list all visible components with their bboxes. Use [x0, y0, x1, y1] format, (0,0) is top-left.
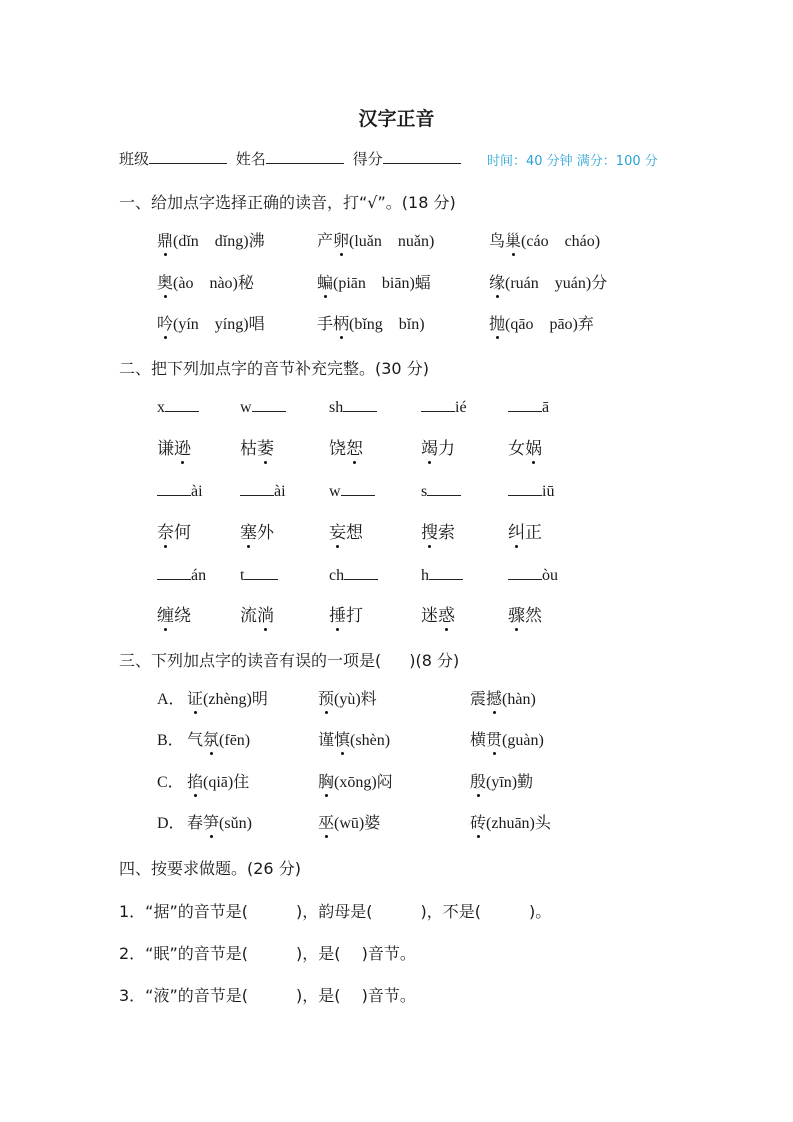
- word: 捶打: [329, 601, 363, 626]
- pinyin-options[interactable]: (luǎn nuǎn): [349, 233, 434, 250]
- word-char: 明: [252, 689, 268, 708]
- section1-heading: 一、给加点字选择正确的读音，打“√”。(18 分): [119, 190, 456, 213]
- word-char: 迷: [421, 606, 438, 626]
- section3-heading-post: )(8 分): [409, 651, 459, 670]
- syllable-blank[interactable]: ài: [240, 482, 286, 501]
- name-label: 姓名: [236, 150, 266, 168]
- dotted-char: 奈: [157, 518, 174, 543]
- word-char: 谦: [157, 439, 174, 459]
- pinyin-options[interactable]: (bǐng bǐn): [349, 316, 425, 333]
- pinyin: (shèn): [350, 732, 390, 749]
- word-char: 蝠: [415, 273, 431, 292]
- dotted-char: 贯: [486, 727, 502, 750]
- pinyin: (wū): [334, 815, 364, 832]
- syllable-blank[interactable]: òu: [508, 566, 558, 585]
- dotted-char: 卵: [333, 228, 349, 251]
- word-char: 想: [346, 523, 363, 543]
- syllable-blank[interactable]: ài: [157, 482, 203, 501]
- word-char: 分: [591, 273, 607, 292]
- dotted-char: 捶: [329, 601, 346, 626]
- choice-item: 产卵(luǎn nuǎn): [317, 228, 434, 251]
- dotted-char: 殷: [470, 769, 486, 792]
- dotted-char: 塞: [240, 518, 257, 543]
- dotted-char: 鼎: [157, 228, 173, 251]
- word-char: 婆: [364, 813, 380, 832]
- word-char: 产: [317, 231, 333, 250]
- syllable-initial: w: [240, 399, 252, 416]
- word-char: 索: [438, 523, 455, 543]
- option-word: 震撼(hàn): [470, 686, 536, 709]
- dotted-char: 萎: [257, 434, 274, 459]
- word-char: 横: [470, 730, 486, 749]
- option-word: 谨慎(shèn): [318, 727, 390, 750]
- dotted-char: 竭: [421, 434, 438, 459]
- dotted-char: 恕: [346, 434, 363, 459]
- pinyin-options[interactable]: (dǐn dǐng): [173, 233, 249, 250]
- fill-line[interactable]: [427, 482, 461, 496]
- word: 谦逊: [157, 434, 191, 459]
- question-2: 2．“眠”的音节是( )，是( )音节。: [119, 941, 416, 964]
- word-char: 手: [317, 314, 333, 333]
- dotted-char: 抛: [489, 311, 505, 334]
- fill-line[interactable]: [244, 566, 278, 580]
- word-char: 勤: [517, 772, 533, 791]
- syllable-final: iū: [542, 483, 554, 500]
- word-char: 头: [535, 813, 551, 832]
- fill-line[interactable]: [508, 398, 542, 412]
- option-word: 砖(zhuān)头: [470, 810, 551, 833]
- word-char: 枯: [240, 439, 257, 459]
- word: 骤然: [508, 601, 542, 626]
- pinyin: (fēn): [219, 732, 250, 749]
- pinyin: (qiā): [203, 774, 233, 791]
- student-info-line: 班级 姓名 得分: [119, 148, 461, 169]
- dotted-char: 逊: [174, 434, 191, 459]
- choice-item: 手柄(bǐng bǐn): [317, 311, 425, 334]
- dotted-char: 惑: [438, 601, 455, 626]
- syllable-final: òu: [542, 567, 558, 584]
- pinyin-options[interactable]: (ruán yuán): [505, 275, 591, 292]
- dotted-char: 搜: [421, 518, 438, 543]
- word: 枯萎: [240, 434, 274, 459]
- dotted-char: 骤: [508, 601, 525, 626]
- syllable-initial: x: [157, 399, 165, 416]
- choice-item: 鼎(dǐn dǐng)沸: [157, 228, 265, 251]
- option-label[interactable]: A．: [157, 686, 185, 709]
- fill-line[interactable]: [508, 482, 542, 496]
- syllable-final: ài: [274, 483, 286, 500]
- syllable-blank[interactable]: w: [240, 398, 286, 417]
- word: 奈何: [157, 518, 191, 543]
- dotted-char: 砖: [470, 810, 486, 833]
- fill-line[interactable]: [240, 482, 274, 496]
- choice-item: 抛(qāo pāo)弃: [489, 311, 594, 334]
- pinyin-options[interactable]: (cáo cháo): [521, 233, 600, 250]
- syllable-initial: sh: [329, 399, 343, 416]
- word-char: 谨: [318, 730, 334, 749]
- choice-item: 奥(ào nào)秘: [157, 270, 254, 293]
- exam-meta: 时间：40 分钟 满分：100 分: [487, 150, 658, 169]
- syllable-final: ā: [542, 399, 549, 416]
- word-char: 打: [346, 606, 363, 626]
- dotted-char: 巫: [318, 810, 334, 833]
- dotted-char: 证: [187, 686, 203, 709]
- pinyin: (hàn): [502, 691, 536, 708]
- dotted-char: 吟: [157, 311, 173, 334]
- fill-line[interactable]: [421, 398, 455, 412]
- word-char: 流: [240, 606, 257, 626]
- word-char: 正: [525, 523, 542, 543]
- syllable-blank[interactable]: ā: [508, 398, 549, 417]
- dotted-char: 缘: [489, 270, 505, 293]
- fill-line[interactable]: [165, 398, 199, 412]
- dotted-char: 妄: [329, 518, 346, 543]
- dotted-char: 纠: [508, 518, 525, 543]
- word-char: 震: [470, 689, 486, 708]
- fill-line[interactable]: [343, 398, 377, 412]
- class-label: 班级: [119, 150, 149, 168]
- word-char: 然: [525, 606, 542, 626]
- word-char: 唱: [249, 314, 265, 333]
- word: 女娲: [508, 434, 542, 459]
- dotted-char: 奥: [157, 270, 173, 293]
- fill-line[interactable]: [157, 566, 191, 580]
- option-word: 胸(xōng)闷: [318, 769, 393, 792]
- choice-item: 蝙(piān biān)蝠: [317, 270, 431, 293]
- dotted-char: 氛: [203, 727, 219, 750]
- pinyin: (zhuān): [486, 815, 535, 832]
- option-word: 气氛(fēn): [187, 727, 250, 750]
- choice-item: 缘(ruán yuán)分: [489, 270, 607, 293]
- word: 塞外: [240, 518, 274, 543]
- dotted-char: 娲: [525, 434, 542, 459]
- word-char: 弃: [578, 314, 594, 333]
- dotted-char: 胸: [318, 769, 334, 792]
- word-char: 沸: [249, 231, 265, 250]
- word-char: 料: [361, 689, 377, 708]
- word-char: 绕: [174, 606, 191, 626]
- syllable-initial: h: [421, 567, 429, 584]
- page-title: 汉字正音: [0, 104, 793, 131]
- word: 妄想: [329, 518, 363, 543]
- question-1: 1．“据”的音节是( )，韵母是( )，不是( )。: [119, 899, 551, 922]
- dotted-char: 淌: [257, 601, 274, 626]
- syllable-blank[interactable]: t: [240, 566, 278, 585]
- option-word: 春笋(sǔn): [187, 810, 252, 833]
- word-char: 气: [187, 730, 203, 749]
- option-word: 巫(wū)婆: [318, 810, 380, 833]
- dotted-char: 慎: [334, 727, 350, 750]
- option-word: 横贯(guàn): [470, 727, 544, 750]
- syllable-initial: w: [329, 483, 341, 500]
- section3-heading: 三、下列加点字的读音有误的一项是()(8 分): [119, 648, 459, 671]
- option-word: 证(zhèng)明: [187, 686, 268, 709]
- word: 竭力: [421, 434, 455, 459]
- syllable-blank[interactable]: x: [157, 398, 199, 417]
- pinyin: (yù): [334, 691, 361, 708]
- syllable-final: án: [191, 567, 206, 584]
- syllable-blank[interactable]: ch: [329, 566, 378, 585]
- score-label: 得分: [353, 150, 383, 168]
- fill-line[interactable]: [157, 482, 191, 496]
- pinyin: (xōng): [334, 774, 377, 791]
- word-char: 鸟: [489, 231, 505, 250]
- syllable-blank[interactable]: iū: [508, 482, 554, 501]
- word: 流淌: [240, 601, 274, 626]
- word-char: 住: [233, 772, 249, 791]
- option-label[interactable]: B．: [157, 727, 184, 750]
- dotted-char: 撼: [486, 686, 502, 709]
- syllable-blank[interactable]: án: [157, 566, 206, 585]
- dotted-char: 掐: [187, 769, 203, 792]
- fill-line[interactable]: [429, 566, 463, 580]
- choice-item: 吟(yín yíng)唱: [157, 311, 265, 334]
- word: 搜索: [421, 518, 455, 543]
- syllable-final: ié: [455, 399, 467, 416]
- syllable-blank[interactable]: h: [421, 566, 463, 585]
- section3-heading-pre: 三、下列加点字的读音有误的一项是(: [119, 651, 381, 670]
- word-char: 女: [508, 439, 525, 459]
- score-blank[interactable]: [383, 149, 461, 164]
- option-word: 掐(qiā)住: [187, 769, 249, 792]
- question-3: 3．“液”的音节是( )，是( )音节。: [119, 983, 416, 1006]
- option-word: 预(yù)料: [318, 686, 377, 709]
- dotted-char: 巢: [505, 228, 521, 251]
- word: 缠绕: [157, 601, 191, 626]
- dotted-char: 蝙: [317, 270, 333, 293]
- section4-heading: 四、按要求做题。(26 分): [119, 856, 301, 879]
- fill-line[interactable]: [508, 566, 542, 580]
- dotted-char: 缠: [157, 601, 174, 626]
- pinyin: (yīn): [486, 774, 517, 791]
- option-label[interactable]: C．: [157, 769, 184, 792]
- dotted-char: 笋: [203, 810, 219, 833]
- word: 迷惑: [421, 601, 455, 626]
- option-word: 殷(yīn)勤: [470, 769, 533, 792]
- pinyin-options[interactable]: (ào nào): [173, 275, 238, 292]
- word-char: 春: [187, 813, 203, 832]
- fill-line[interactable]: [344, 566, 378, 580]
- pinyin: (guàn): [502, 732, 544, 749]
- choice-item: 鸟巢(cáo cháo): [489, 228, 600, 251]
- word-char: 何: [174, 523, 191, 543]
- class-blank[interactable]: [149, 149, 227, 164]
- syllable-final: ài: [191, 483, 203, 500]
- word-char: 秘: [238, 273, 254, 292]
- name-blank[interactable]: [266, 149, 344, 164]
- syllable-initial: ch: [329, 567, 344, 584]
- syllable-blank[interactable]: ié: [421, 398, 467, 417]
- syllable-blank[interactable]: sh: [329, 398, 377, 417]
- word-char: 外: [257, 523, 274, 543]
- pinyin: (sǔn): [219, 815, 252, 832]
- syllable-blank[interactable]: s: [421, 482, 461, 501]
- dotted-char: 预: [318, 686, 334, 709]
- dotted-char: 柄: [333, 311, 349, 334]
- option-label[interactable]: D．: [157, 810, 185, 833]
- syllable-blank[interactable]: w: [329, 482, 375, 501]
- word: 饶恕: [329, 434, 363, 459]
- section2-heading: 二、把下列加点字的音节补充完整。(30 分): [119, 356, 429, 379]
- word-char: 闷: [377, 772, 393, 791]
- pinyin-options[interactable]: (piān biān): [333, 275, 415, 292]
- word: 纠正: [508, 518, 542, 543]
- word-char: 力: [438, 439, 455, 459]
- pinyin-options[interactable]: (yín yíng): [173, 316, 249, 333]
- pinyin: (zhèng): [203, 691, 252, 708]
- word-char: 饶: [329, 439, 346, 459]
- fill-line[interactable]: [341, 482, 375, 496]
- fill-line[interactable]: [252, 398, 286, 412]
- pinyin-options[interactable]: (qāo pāo): [505, 316, 578, 333]
